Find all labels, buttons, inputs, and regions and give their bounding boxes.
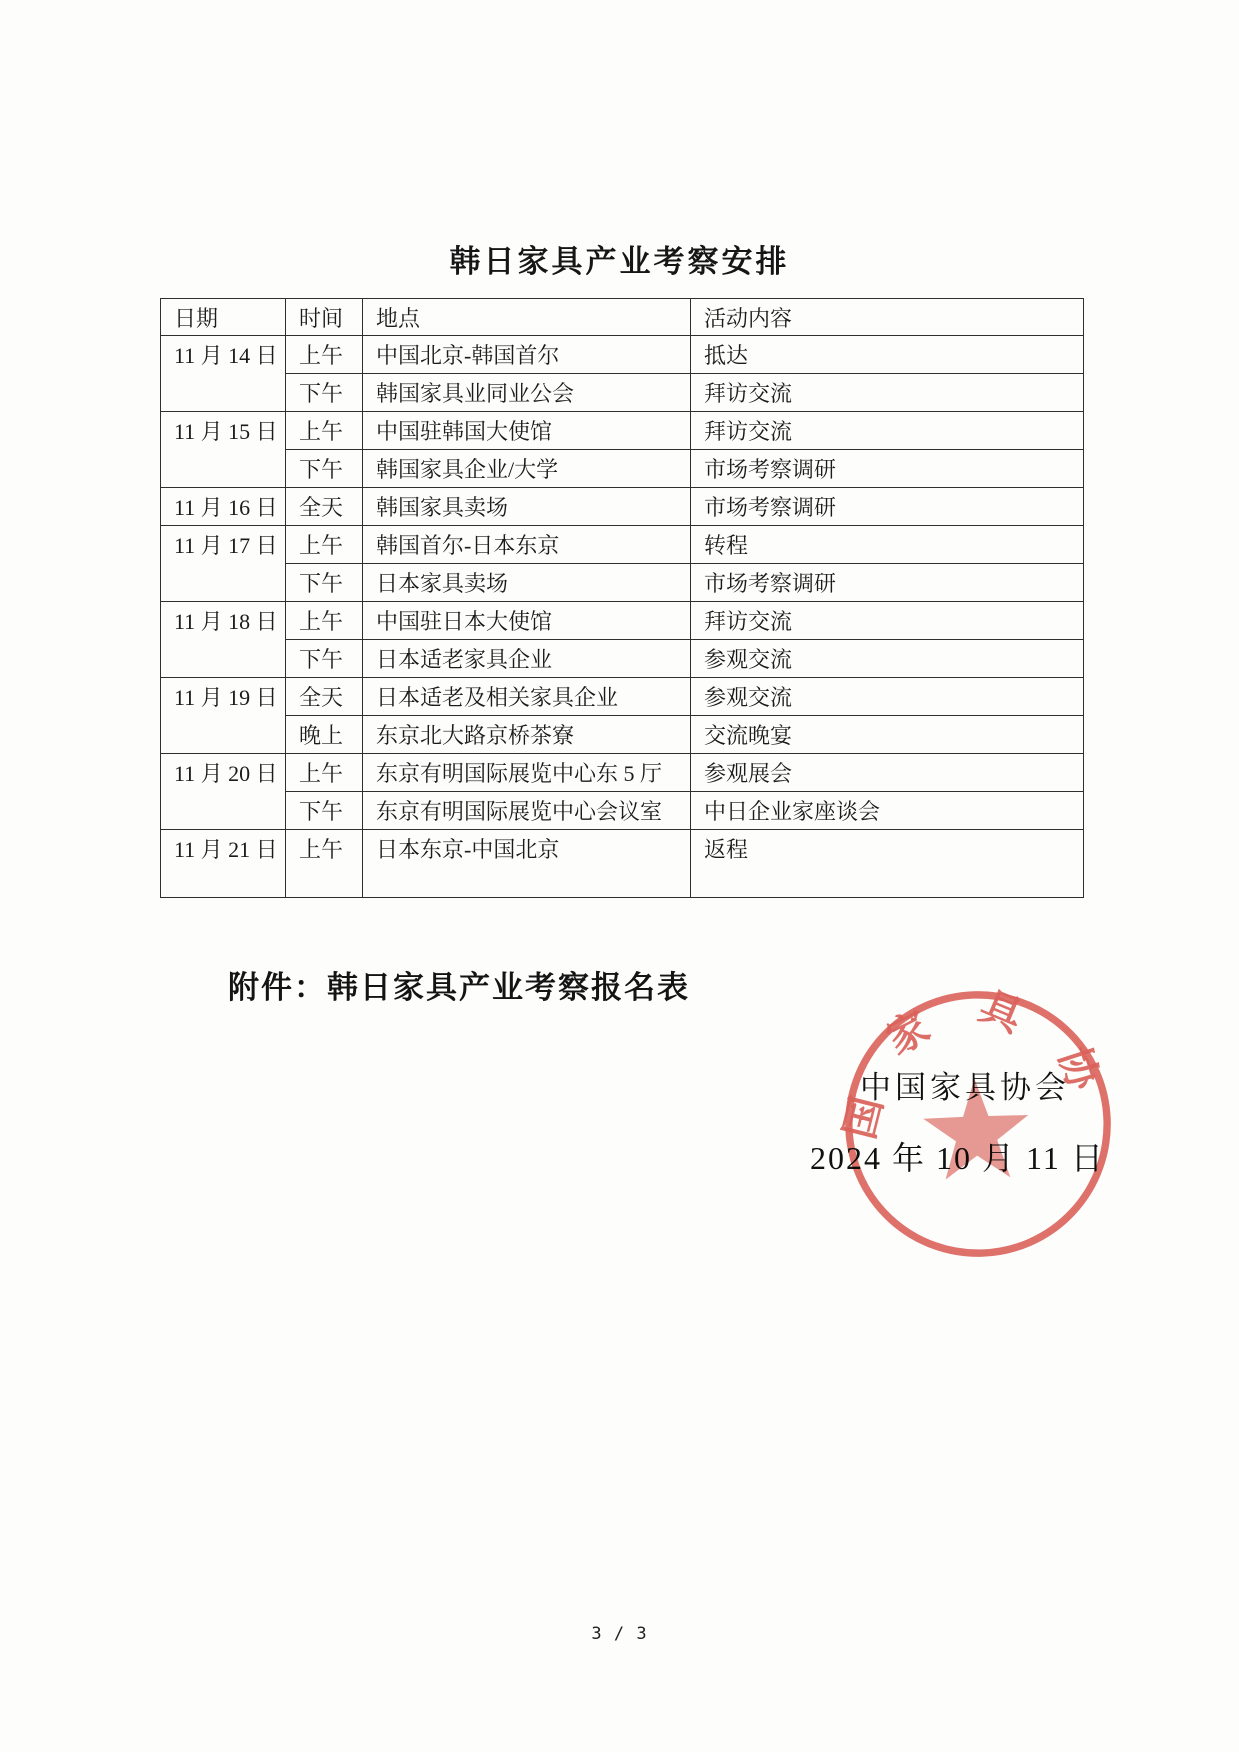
table-row: 11 月 19 日全天日本适老及相关家具企业参观交流 (161, 678, 1084, 716)
date-cell: 11 月 21 日 (161, 830, 286, 898)
activity-cell: 市场考察调研 (691, 564, 1084, 602)
location-cell: 韩国家具卖场 (363, 488, 691, 526)
stamp-serial-number: 1100000043168 (900, 1264, 1067, 1267)
page-number: 3 / 3 (0, 1624, 1239, 1644)
attachment-note: 附件：韩日家具产业考察报名表 (228, 962, 690, 1007)
activity-cell: 转程 (691, 526, 1084, 564)
time-cell: 晚上 (286, 716, 363, 754)
table-row: 下午日本家具卖场市场考察调研 (161, 564, 1084, 602)
table-row: 11 月 16 日全天韩国家具卖场市场考察调研 (161, 488, 1084, 526)
activity-cell: 市场考察调研 (691, 488, 1084, 526)
location-cell: 韩国家具业同业公会 (363, 374, 691, 412)
activity-cell: 交流晚宴 (691, 716, 1084, 754)
table-row: 下午日本适老家具企业参观交流 (161, 640, 1084, 678)
schedule-table: 日期 时间 地点 活动内容 11 月 14 日上午中国北京-韩国首尔抵达下午韩国… (160, 298, 1084, 898)
stamp-star-icon (922, 1077, 1030, 1180)
time-cell: 下午 (286, 640, 363, 678)
location-cell: 中国驻日本大使馆 (363, 602, 691, 640)
table-row: 11 月 14 日上午中国北京-韩国首尔抵达 (161, 336, 1084, 374)
schedule-table-body: 11 月 14 日上午中国北京-韩国首尔抵达下午韩国家具业同业公会拜访交流11 … (161, 336, 1084, 898)
activity-cell: 市场考察调研 (691, 450, 1084, 488)
page-title: 韩日家具产业考察安排 (0, 236, 1239, 281)
date-cell: 11 月 20 日 (161, 754, 286, 830)
header-time: 时间 (286, 299, 363, 336)
location-cell: 日本家具卖场 (363, 564, 691, 602)
time-cell: 下午 (286, 792, 363, 830)
activity-cell: 参观交流 (691, 678, 1084, 716)
time-cell: 上午 (286, 526, 363, 564)
date-cell: 11 月 17 日 (161, 526, 286, 602)
location-cell: 日本适老及相关家具企业 (363, 678, 691, 716)
time-cell: 全天 (286, 488, 363, 526)
date-cell: 11 月 19 日 (161, 678, 286, 754)
table-row: 11 月 20 日上午东京有明国际展览中心东 5 厅参观展会 (161, 754, 1084, 792)
date-cell: 11 月 14 日 (161, 336, 286, 412)
activity-cell: 参观展会 (691, 754, 1084, 792)
location-cell: 东京有明国际展览中心东 5 厅 (363, 754, 691, 792)
location-cell: 日本适老家具企业 (363, 640, 691, 678)
time-cell: 上午 (286, 412, 363, 450)
table-row: 11 月 15 日上午中国驻韩国大使馆拜访交流 (161, 412, 1084, 450)
time-cell: 上午 (286, 754, 363, 792)
location-cell: 中国驻韩国大使馆 (363, 412, 691, 450)
red-seal-stamp: 中国家具协会 1100000043168 (835, 981, 1120, 1266)
time-cell: 下午 (286, 450, 363, 488)
location-cell: 东京北大路京桥茶寮 (363, 716, 691, 754)
table-row: 11 月 17 日上午韩国首尔-日本东京转程 (161, 526, 1084, 564)
time-cell: 全天 (286, 678, 363, 716)
document-page: 韩日家具产业考察安排 日期 时间 地点 活动内容 11 月 14 日上午中国北京… (0, 0, 1239, 1752)
date-cell: 11 月 18 日 (161, 602, 286, 678)
activity-cell: 参观交流 (691, 640, 1084, 678)
time-cell: 上午 (286, 830, 363, 898)
table-row: 11 月 18 日上午中国驻日本大使馆拜访交流 (161, 602, 1084, 640)
table-row: 晚上东京北大路京桥茶寮交流晚宴 (161, 716, 1084, 754)
table-row: 下午东京有明国际展览中心会议室中日企业家座谈会 (161, 792, 1084, 830)
location-cell: 韩国家具企业/大学 (363, 450, 691, 488)
date-cell: 11 月 16 日 (161, 488, 286, 526)
location-cell: 日本东京-中国北京 (363, 830, 691, 898)
location-cell: 中国北京-韩国首尔 (363, 336, 691, 374)
date-cell: 11 月 15 日 (161, 412, 286, 488)
table-row: 11 月 21 日上午日本东京-中国北京返程 (161, 830, 1084, 898)
time-cell: 下午 (286, 374, 363, 412)
header-date: 日期 (161, 299, 286, 336)
table-row: 下午韩国家具业同业公会拜访交流 (161, 374, 1084, 412)
time-cell: 上午 (286, 336, 363, 374)
header-activity: 活动内容 (691, 299, 1084, 336)
time-cell: 上午 (286, 602, 363, 640)
activity-cell: 中日企业家座谈会 (691, 792, 1084, 830)
activity-cell: 拜访交流 (691, 412, 1084, 450)
location-cell: 韩国首尔-日本东京 (363, 526, 691, 564)
activity-cell: 返程 (691, 830, 1084, 898)
activity-cell: 拜访交流 (691, 374, 1084, 412)
time-cell: 下午 (286, 564, 363, 602)
table-row: 下午韩国家具企业/大学市场考察调研 (161, 450, 1084, 488)
header-location: 地点 (363, 299, 691, 336)
table-header-row: 日期 时间 地点 活动内容 (161, 299, 1084, 336)
activity-cell: 抵达 (691, 336, 1084, 374)
activity-cell: 拜访交流 (691, 602, 1084, 640)
location-cell: 东京有明国际展览中心会议室 (363, 792, 691, 830)
